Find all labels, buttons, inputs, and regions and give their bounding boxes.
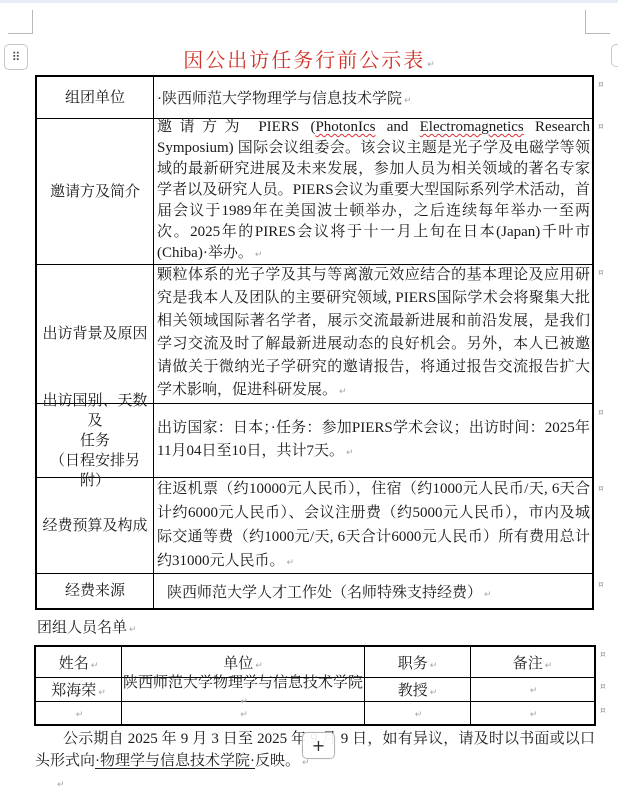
label-text: 经费来源 xyxy=(65,581,125,601)
row-end-mark: ¤ xyxy=(600,682,606,692)
paragraph-mark: ↵ xyxy=(240,710,248,720)
main-table: 组团单位 ·陕西师范大学物理学与信息技术学院↵ 邀请方及简介 邀请方为 PIER… xyxy=(35,75,594,610)
team-table: 姓名↵ 单位↵ 职务↵ 备注↵ 郑海荣↵ 陕西师范大学物理学与信息技术学院↵ 教… xyxy=(34,645,596,726)
member-duty-cell: ↵ xyxy=(365,702,471,724)
empty-paragraph: ↵ xyxy=(55,774,65,792)
spellcheck-word: Electromagnetics xyxy=(420,119,524,135)
header-cell: 姓名↵ xyxy=(36,647,122,677)
table-row: 邀请方及简介 邀请方为 PIERS (PhotonIcs and Electro… xyxy=(37,119,592,265)
table-row: 出访国别、天数及 任务 （日程安排另附） 出访国家：日本；·任务：参加PIERS… xyxy=(37,404,592,478)
paragraph-mark: ↵ xyxy=(430,688,438,698)
paragraph-mark: ↵ xyxy=(76,710,84,720)
paragraph-mark: ↵ xyxy=(255,661,263,671)
paragraph-mark: ↵ xyxy=(57,780,65,790)
margin-corner-right xyxy=(585,10,610,34)
content-text: 颗粒体系的光子学及其与等离激元效应结合的基本理论及应用研究是我本人及团队的主要研… xyxy=(157,267,590,398)
paragraph-mark: ↵ xyxy=(91,661,99,671)
label-cell: 组团单位 xyxy=(37,77,154,118)
paragraph-mark: ↵ xyxy=(404,96,412,106)
row-end-mark: ¤ xyxy=(598,80,604,90)
window-top-strip xyxy=(0,0,618,3)
paragraph-mark: ↵ xyxy=(415,710,423,720)
paragraph-mark: ↵ xyxy=(339,387,347,397)
label-text: 组团单位 xyxy=(65,88,125,108)
table-row: ↵ ↵ ↵ ↵ xyxy=(36,702,594,724)
row-end-mark: ¤ xyxy=(598,122,604,132)
paragraph-mark: ↵ xyxy=(530,686,538,696)
paragraph-mark: ↵ xyxy=(484,590,492,600)
row-end-mark: ¤ xyxy=(600,650,606,660)
row-end-mark: ¤ xyxy=(598,268,604,278)
table-row: 郑海荣↵ 陕西师范大学物理学与信息技术学院↵ 教授↵ ↵ xyxy=(36,678,594,702)
header-cell: 备注↵ xyxy=(471,647,594,677)
content-cell: 出访国家：日本；·任务：参加PIERS学术会议；出访时间：2025年11月04日… xyxy=(154,404,592,477)
content-cell: 邀请方为 PIERS (PhotonIcs and Electromagneti… xyxy=(154,119,592,264)
label-cell: 出访背景及原因 xyxy=(37,265,154,403)
label-text: 邀请方及简介 xyxy=(50,182,140,202)
content-cell: 颗粒体系的光子学及其与等离激元效应结合的基本理论及应用研究是我本人及团队的主要研… xyxy=(154,265,592,403)
plus-button[interactable]: + xyxy=(302,732,335,759)
content-text: 出访国家：日本；·任务：参加PIERS学术会议；出访时间：2025年11月04日… xyxy=(157,420,590,459)
member-org-cell: 陕西师范大学物理学与信息技术学院↵ xyxy=(122,678,365,701)
paragraph-mark: ↵ xyxy=(346,448,354,458)
paragraph-mark: ↵ xyxy=(427,60,435,70)
label-text: 经费预算及构成 xyxy=(42,516,147,536)
member-org-cell: ↵ xyxy=(122,702,365,724)
member-name-cell: 郑海荣↵ xyxy=(36,678,122,701)
content-text: ·陕西师范大学物理学与信息技术学院 xyxy=(157,91,402,107)
closing-text: 反映。 xyxy=(255,753,300,769)
paragraph-mark: ↵ xyxy=(287,558,295,568)
content-cell: 陕西师范大学人才工作处（名师特殊支持经费）↵ xyxy=(154,574,592,608)
row-end-mark: ¤ xyxy=(598,580,604,590)
margin-corner-left xyxy=(8,10,33,34)
table-row: 组团单位 ·陕西师范大学物理学与信息技术学院↵ xyxy=(37,77,592,119)
paragraph-mark: ↵ xyxy=(430,661,438,671)
header-cell: 职务↵ xyxy=(365,647,471,677)
label-cell: 出访国别、天数及 任务 （日程安排另附） xyxy=(37,404,154,477)
plus-icon: + xyxy=(312,736,325,755)
row-end-mark: ¤ xyxy=(598,484,604,494)
label-text: 出访背景及原因 xyxy=(42,324,147,344)
table-row: 经费预算及构成 往返机票（约10000元人民币），住宿（约1000元人民币/天,… xyxy=(37,478,592,574)
content-cell: 往返机票（约10000元人民币），住宿（约1000元人民币/天, 6天合计约60… xyxy=(154,478,592,573)
label-cell: 经费来源 xyxy=(37,574,154,608)
spellcheck-word: PhotonIcs xyxy=(315,119,375,135)
paragraph-mark: ↵ xyxy=(129,625,137,635)
member-duty-cell: 教授↵ xyxy=(365,678,471,701)
team-list-heading-text: 团组人员名单 xyxy=(37,620,127,636)
member-note-cell: ↵ xyxy=(471,702,594,724)
label-cell: 经费预算及构成 xyxy=(37,478,154,573)
content-text: 陕西师范大学人才工作处（名师特殊支持经费） xyxy=(167,585,482,601)
paragraph-mark: ↵ xyxy=(98,688,106,698)
paragraph-mark: ↵ xyxy=(530,710,538,720)
content-cell: ·陕西师范大学物理学与信息技术学院↵ xyxy=(154,77,592,118)
label-text: 出访国别、天数及 xyxy=(39,391,151,431)
closing-underlined-text: ·物理学与信息技术学院· xyxy=(95,753,255,769)
row-end-mark: ¤ xyxy=(598,408,604,418)
label-text: 任务 xyxy=(80,431,110,451)
table-row: 出访背景及原因 颗粒体系的光子学及其与等离激元效应结合的基本理论及应用研究是我本… xyxy=(37,265,592,404)
member-note-cell: ↵ xyxy=(471,678,594,701)
member-name-cell: ↵ xyxy=(36,702,122,724)
page-title: 因公出访任务行前公示表↵ xyxy=(0,44,618,73)
paragraph-mark: ↵ xyxy=(545,661,553,671)
paragraph-mark: ↵ xyxy=(255,250,263,260)
word-page: ⠿ 因公出访任务行前公示表↵ 组团单位 ·陕西师范大学物理学与信息技术学院↵ 邀… xyxy=(0,0,618,796)
paragraph-mark: ↵ xyxy=(302,758,310,768)
table-row: 经费来源 陕西师范大学人才工作处（名师特殊支持经费）↵ xyxy=(37,574,592,608)
content-text: 往返机票（约10000元人民币），住宿（约1000元人民币/天, 6天合计约60… xyxy=(157,481,590,569)
team-list-heading: 团组人员名单↵ xyxy=(37,616,137,637)
page-title-text: 因公出访任务行前公示表 xyxy=(183,50,425,72)
label-cell: 邀请方及简介 xyxy=(37,119,154,264)
row-end-mark: ¤ xyxy=(600,706,606,716)
content-text: 邀请方为 PIERS (PhotonIcs and Electromagneti… xyxy=(157,117,590,266)
